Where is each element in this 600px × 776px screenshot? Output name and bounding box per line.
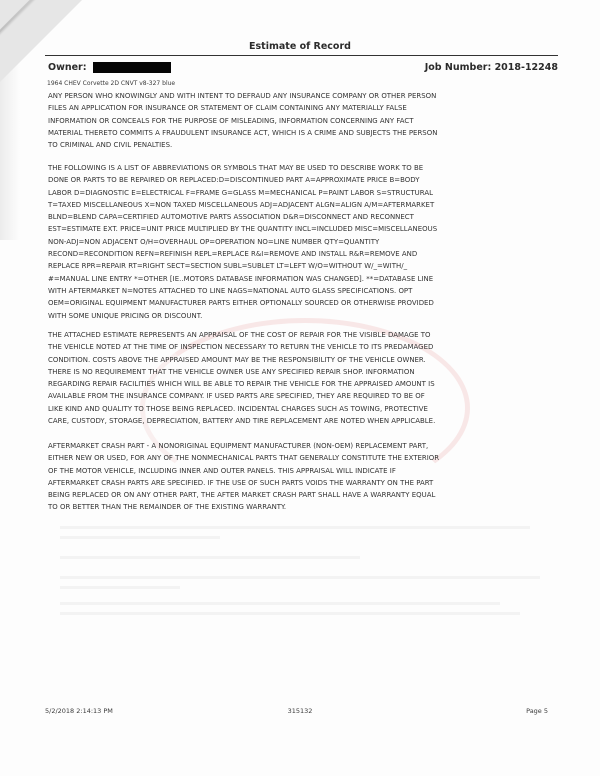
job-number-label: Job Number: [425, 62, 492, 73]
owner-redaction-bar [93, 62, 171, 73]
document-title: Estimate of Record [0, 41, 600, 52]
owner-field: Owner: [48, 62, 171, 73]
header-divider [45, 55, 558, 56]
bleed-through-line [60, 586, 180, 589]
bleed-through-line [60, 556, 360, 559]
bleed-through-line [60, 612, 520, 615]
job-number-value: 2018-12248 [495, 62, 558, 73]
footer-timestamp: 5/2/2018 2:14:13 PM [45, 707, 113, 715]
owner-label: Owner: [48, 62, 87, 73]
vehicle-description: 1964 CHEV Corvette 2D CNVT v8-327 blue [47, 80, 175, 87]
job-number-field: Job Number: 2018-12248 [425, 62, 558, 73]
bleed-through-line [60, 526, 530, 529]
footer-page-number: Page 5 [526, 707, 548, 715]
bleed-through-line [60, 536, 220, 539]
fraud-warning-paragraph: ANY PERSON WHO KNOWINGLY AND WITH INTENT… [48, 90, 568, 151]
aftermarket-parts-paragraph: AFTERMARKET CRASH PART - A NONORIGINAL E… [48, 440, 568, 514]
bleed-through-line [60, 576, 540, 579]
document-page: Estimate of Record Owner: Job Number: 20… [0, 0, 600, 776]
abbreviations-paragraph: THE FOLLOWING IS A LIST OF ABBREVIATIONS… [48, 162, 568, 322]
bleed-through-line [60, 602, 500, 605]
appraisal-disclaimer-paragraph: THE ATTACHED ESTIMATE REPRESENTS AN APPR… [48, 329, 568, 427]
